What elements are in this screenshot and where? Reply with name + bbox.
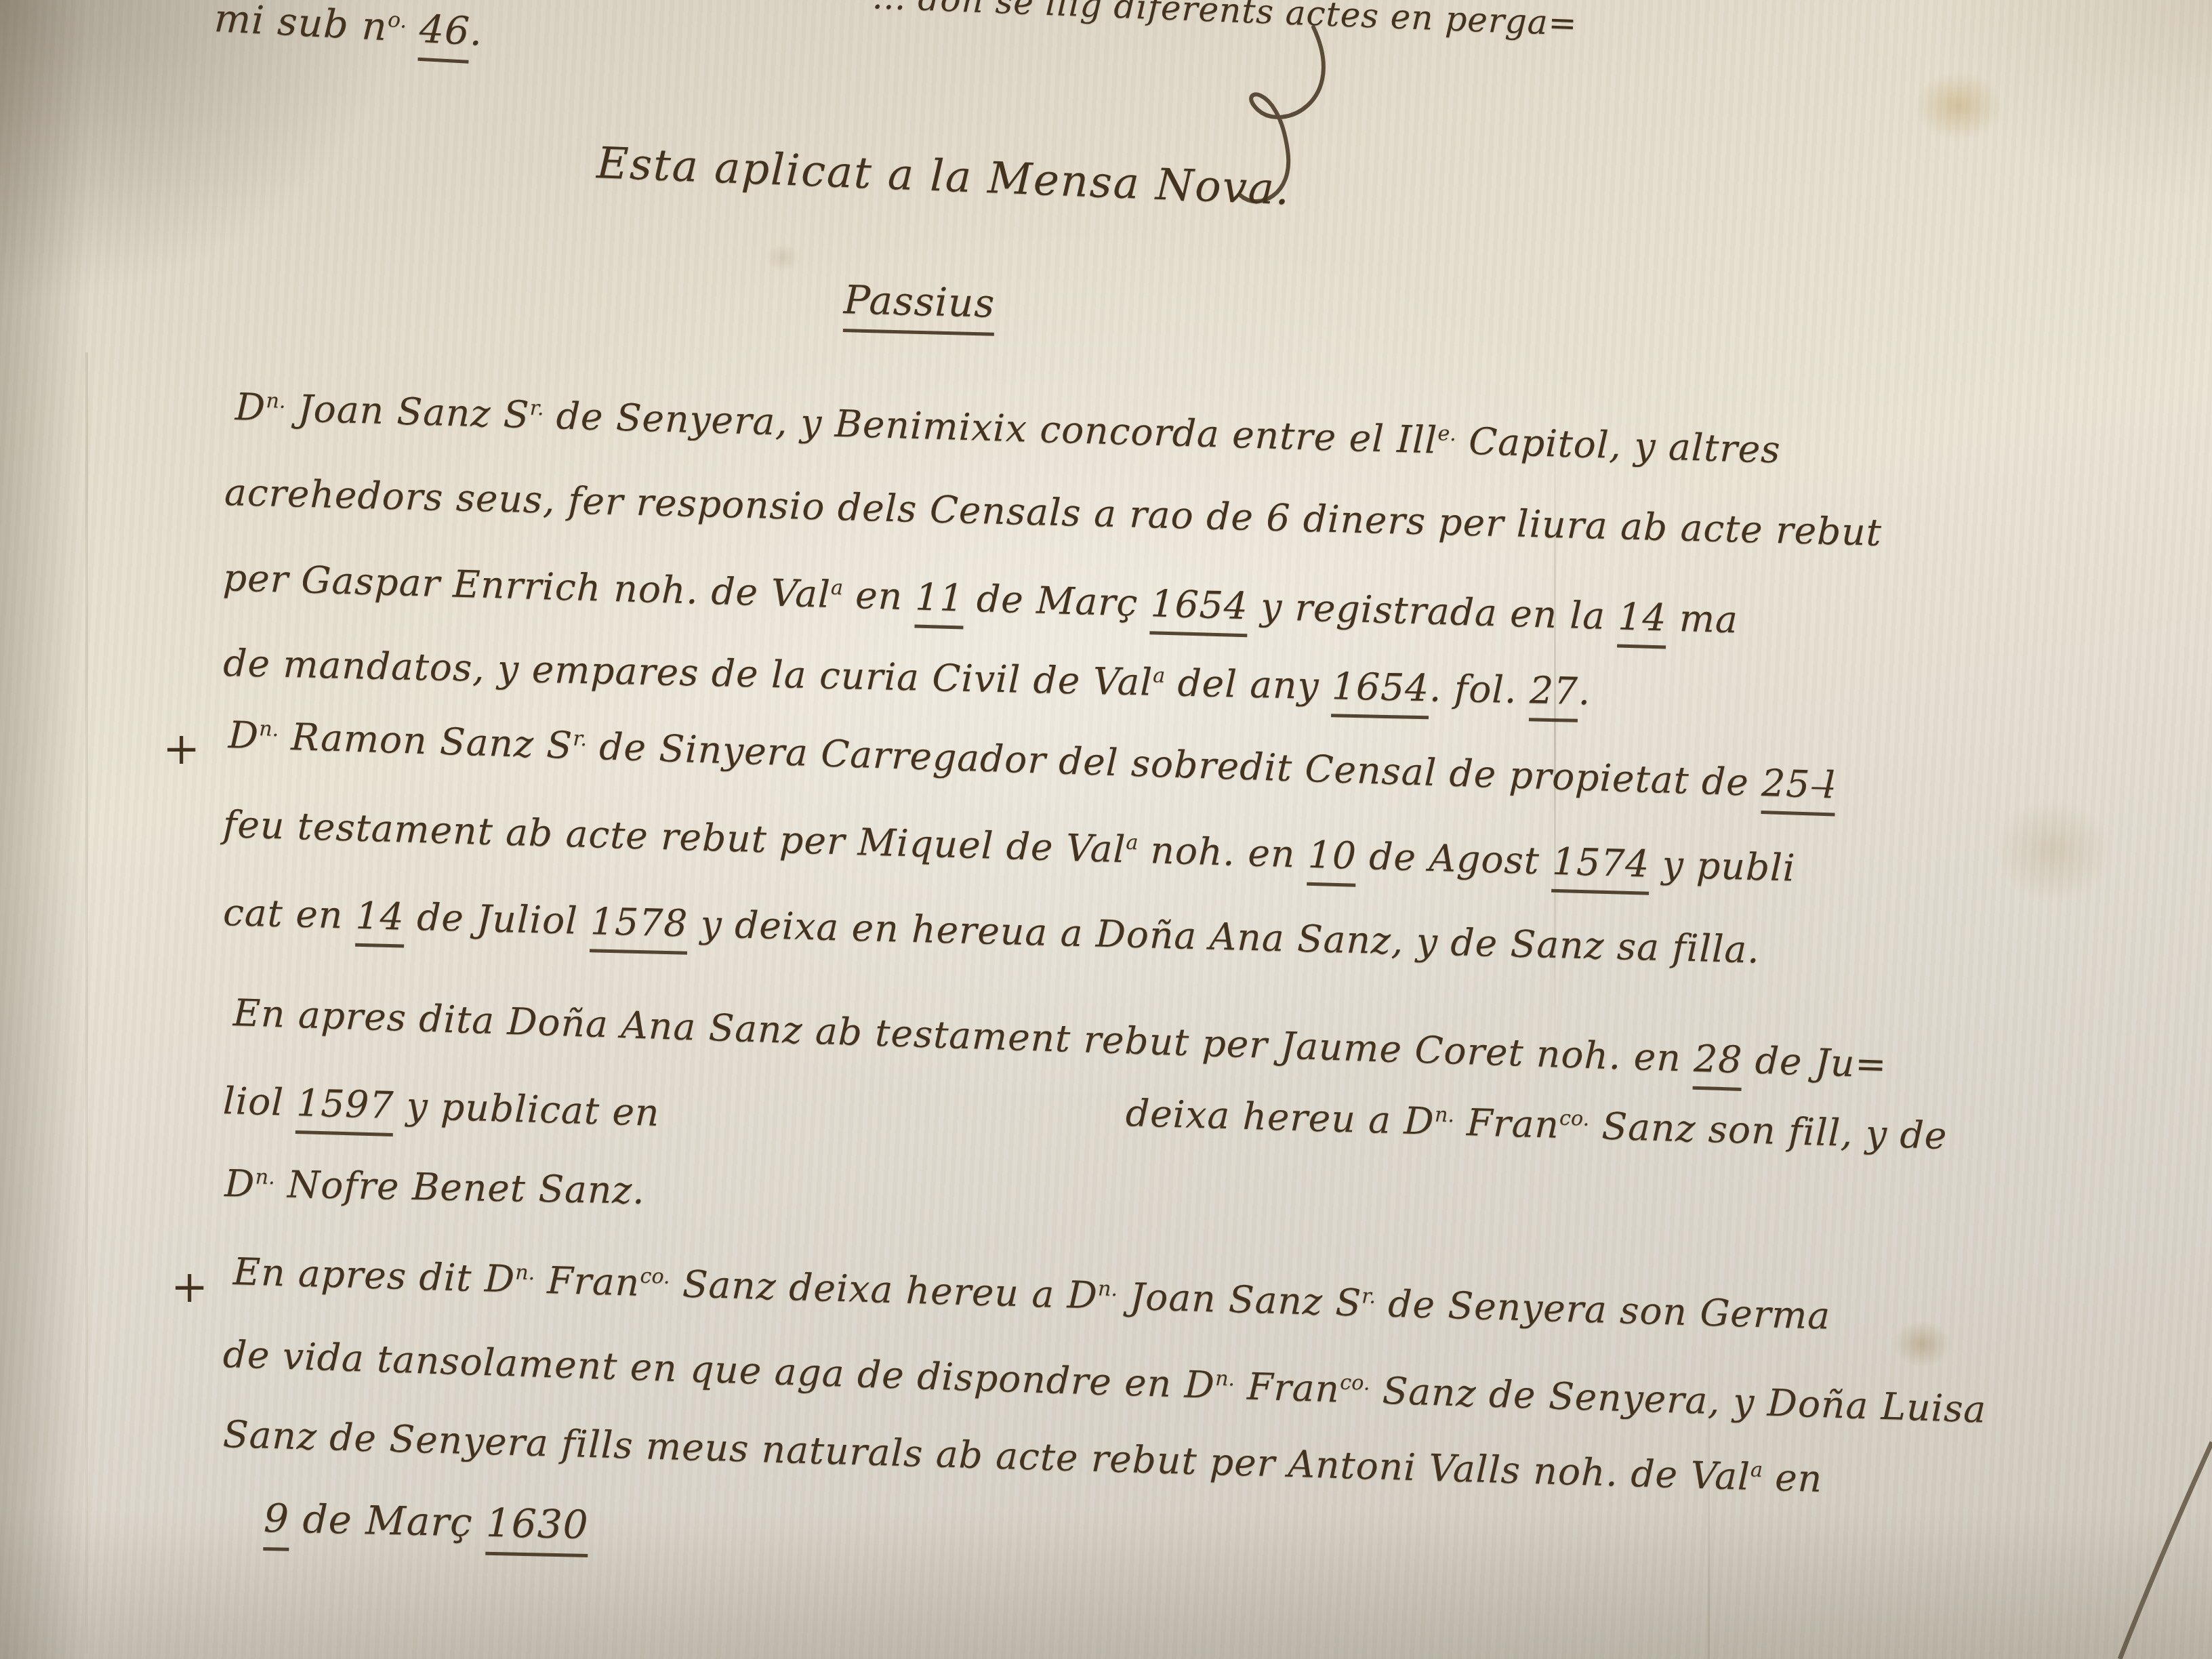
top-edge-text-fragment: … don se llig diferents actes en perga=	[872, 0, 1578, 43]
paper-crease	[1554, 366, 1556, 1084]
entry-line: de mandatos, y empares de la curia Civil…	[223, 641, 1592, 713]
entry-line: deixa hereu a Dn. Franco. Sanz son fill,…	[1125, 1091, 1948, 1158]
paper-stain	[759, 239, 806, 276]
paper-stain	[1881, 1312, 1963, 1376]
entry-line: feu testament ab acte rebut per Miquel d…	[222, 802, 1796, 890]
page-edge-crease	[2120, 1442, 2212, 1659]
entry-line: cat en 14 de Juliol 1578 y deixa en here…	[222, 890, 1760, 971]
entry-line: acrehedors seus, fer responsio dels Cens…	[224, 470, 1882, 554]
entry-line: Dn. Nofre Benet Sanz.	[224, 1162, 646, 1212]
paper-stain	[1898, 58, 2020, 153]
entry-line: de vida tansolament en que aga de dispon…	[222, 1332, 1987, 1431]
entry-line: per Gaspar Enrrich noh. de Vala en 11 de…	[222, 556, 1739, 641]
section-heading: Esta aplicat a la Mensa Nova.	[596, 138, 1292, 215]
entry-line: Dn. Joan Sanz Sr. de Senyera, y Benimixi…	[234, 385, 1781, 472]
section-subheading: Passius	[843, 276, 996, 327]
entry-line: Dn. Ramon Sanz Sr. de Sinyera Carregador…	[228, 713, 1836, 806]
manuscript-photo: { "page": { "colors": { "ink": "#42321e"…	[0, 0, 2212, 1659]
entry-line: En apres dit Dn. Franco. Sanz deixa here…	[232, 1250, 1831, 1338]
paper-crease	[85, 352, 88, 1654]
margin-cross-marker: +	[171, 1261, 208, 1313]
paper-stain	[1972, 779, 2135, 922]
margin-cross-marker: +	[163, 722, 200, 775]
margin-note: mi sub no. 46.	[213, 0, 485, 55]
entry-line: En apres dita Doña Ana Sanz ab testament…	[232, 991, 1888, 1086]
entry-line: Sanz de Senyera fills meus naturals ab a…	[222, 1412, 1823, 1500]
entry-line: liol 1597 y publicat en	[222, 1079, 660, 1134]
entry-line: 9 de Març 1630	[264, 1495, 590, 1548]
